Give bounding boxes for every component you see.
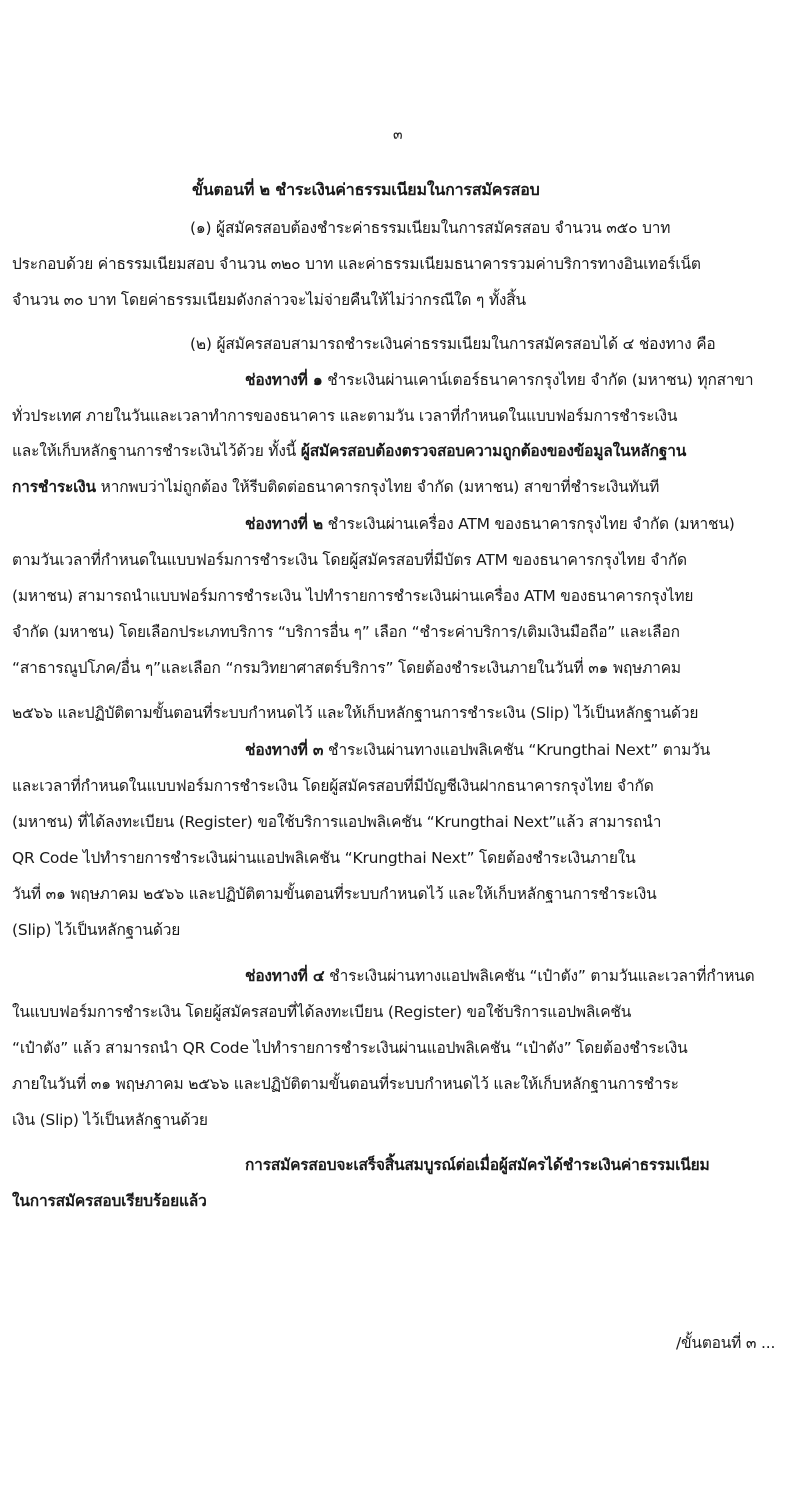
channel-text: และให้เก็บหลักฐานการชำระเงินไว้ด้วย ทั้ง… xyxy=(12,442,301,460)
paragraph-line: จำกัด (มหาชน) โดยเลือกประเภทบริการ “บริก… xyxy=(12,622,680,642)
channel-text: ชำระเงินผ่านเคาน์เตอร์ธนาคารกรุงไทย จำกั… xyxy=(323,371,754,389)
emphasis-text: ผู้สมัครสอบต้องตรวจสอบความถูกต้องของข้อม… xyxy=(301,442,686,460)
channel-label: ช่องทางที่ ๑ xyxy=(245,371,323,389)
paragraph-line: ในการสมัครสอบเรียบร้อยแล้ว xyxy=(12,1191,207,1211)
paragraph-line: จำนวน ๓๐ บาท โดยค่าธรรมเนียมดังกล่าวจะไม… xyxy=(12,290,526,310)
paragraph-line: ช่องทางที่ ๔ ชำระเงินผ่านทางแอปพลิเคชัน … xyxy=(245,966,754,986)
paragraph-line: เงิน (Slip) ไว้เป็นหลักฐานด้วย xyxy=(12,1110,208,1130)
paragraph-line: ในแบบฟอร์มการชำระเงิน โดยผู้สมัครสอบที่ไ… xyxy=(12,1002,631,1022)
paragraph-line: ช่องทางที่ ๑ ชำระเงินผ่านเคาน์เตอร์ธนาคา… xyxy=(245,370,753,390)
paragraph-line: การชำระเงิน หากพบว่าไม่ถูกต้อง ให้รีบติด… xyxy=(12,477,659,497)
paragraph-line: และให้เก็บหลักฐานการชำระเงินไว้ด้วย ทั้ง… xyxy=(12,441,686,461)
channel-label: ช่องทางที่ ๒ xyxy=(245,515,323,533)
paragraph-line: “สาธารณูปโภค/อื่น ๆ”และเลือก “กรมวิทยาศา… xyxy=(12,658,681,678)
channel-text: ชำระเงินผ่านทางแอปพลิเคชัน “เป๋าตัง” ตาม… xyxy=(324,967,754,985)
paragraph-line: “เป๋าตัง” แล้ว สามารถนำ QR Code ไปทำรายก… xyxy=(12,1038,687,1058)
paragraph-line: (Slip) ไว้เป็นหลักฐานด้วย xyxy=(12,920,180,940)
channel-label: ช่องทางที่ ๓ xyxy=(245,741,323,759)
paragraph-line: และเวลาที่กำหนดในแบบฟอร์มการชำระเงิน โดย… xyxy=(12,776,654,796)
channel-label: ช่องทางที่ ๔ xyxy=(245,967,324,985)
paragraph-line: ทั่วประเทศ ภายในวันและเวลาทำการของธนาคาร… xyxy=(12,406,677,426)
channel-text: ชำระเงินผ่านทางแอปพลิเคชัน “Krungthai Ne… xyxy=(323,741,710,759)
paragraph-line: ๒๕๖๖ และปฏิบัติตามขั้นตอนที่ระบบกำหนดไว้… xyxy=(12,703,698,723)
paragraph-line: วันที่ ๓๑ พฤษภาคม ๒๕๖๖ และปฏิบัติตามขั้น… xyxy=(12,884,657,904)
paragraph-line: ประกอบด้วย ค่าธรรมเนียมสอบ จำนวน ๓๒๐ บาท… xyxy=(12,254,701,274)
paragraph-line: ตามวันเวลาที่กำหนดในแบบฟอร์มการชำระเงิน … xyxy=(12,550,687,570)
paragraph-line: (มหาชน) ที่ได้ลงทะเบียน (Register) ขอใช้… xyxy=(12,812,661,832)
paragraph-line: ช่องทางที่ ๒ ชำระเงินผ่านเครื่อง ATM ของ… xyxy=(245,514,735,534)
channel-text: ชำระเงินผ่านเครื่อง ATM ของธนาคารกรุงไทย… xyxy=(323,515,735,533)
paragraph-line: ภายในวันที่ ๓๑ พฤษภาคม ๒๕๖๖ และปฏิบัติตา… xyxy=(12,1074,679,1094)
paragraph-line: QR Code ไปทำรายการชำระเงินผ่านแอปพลิเคชั… xyxy=(12,848,636,868)
page-number: ๓ xyxy=(393,124,403,146)
channel-text: หากพบว่าไม่ถูกต้อง ให้รีบติดต่อธนาคารกรุ… xyxy=(96,478,659,496)
emphasis-text: การชำระเงิน xyxy=(12,478,96,496)
payment-channels-intro: (๒) ผู้สมัครสอบสามารถชำระเงินค่าธรรมเนีย… xyxy=(190,334,716,354)
paragraph-line: (๑) ผู้สมัครสอบต้องชำระค่าธรรมเนียมในการ… xyxy=(190,218,670,238)
paragraph-line: ช่องทางที่ ๓ ชำระเงินผ่านทางแอปพลิเคชัน … xyxy=(245,740,710,760)
continuation-note: /ขั้นตอนที่ ๓ ... xyxy=(676,1333,775,1353)
paragraph-line: (มหาชน) สามารถนำแบบฟอร์มการชำระเงิน ไปทำ… xyxy=(12,586,693,606)
paragraph-line: การสมัครสอบจะเสร็จสิ้นสมบูรณ์ต่อเมื่อผู้… xyxy=(245,1155,710,1175)
section-heading: ขั้นตอนที่ ๒ ชำระเงินค่าธรรมเนียมในการสม… xyxy=(192,180,540,200)
